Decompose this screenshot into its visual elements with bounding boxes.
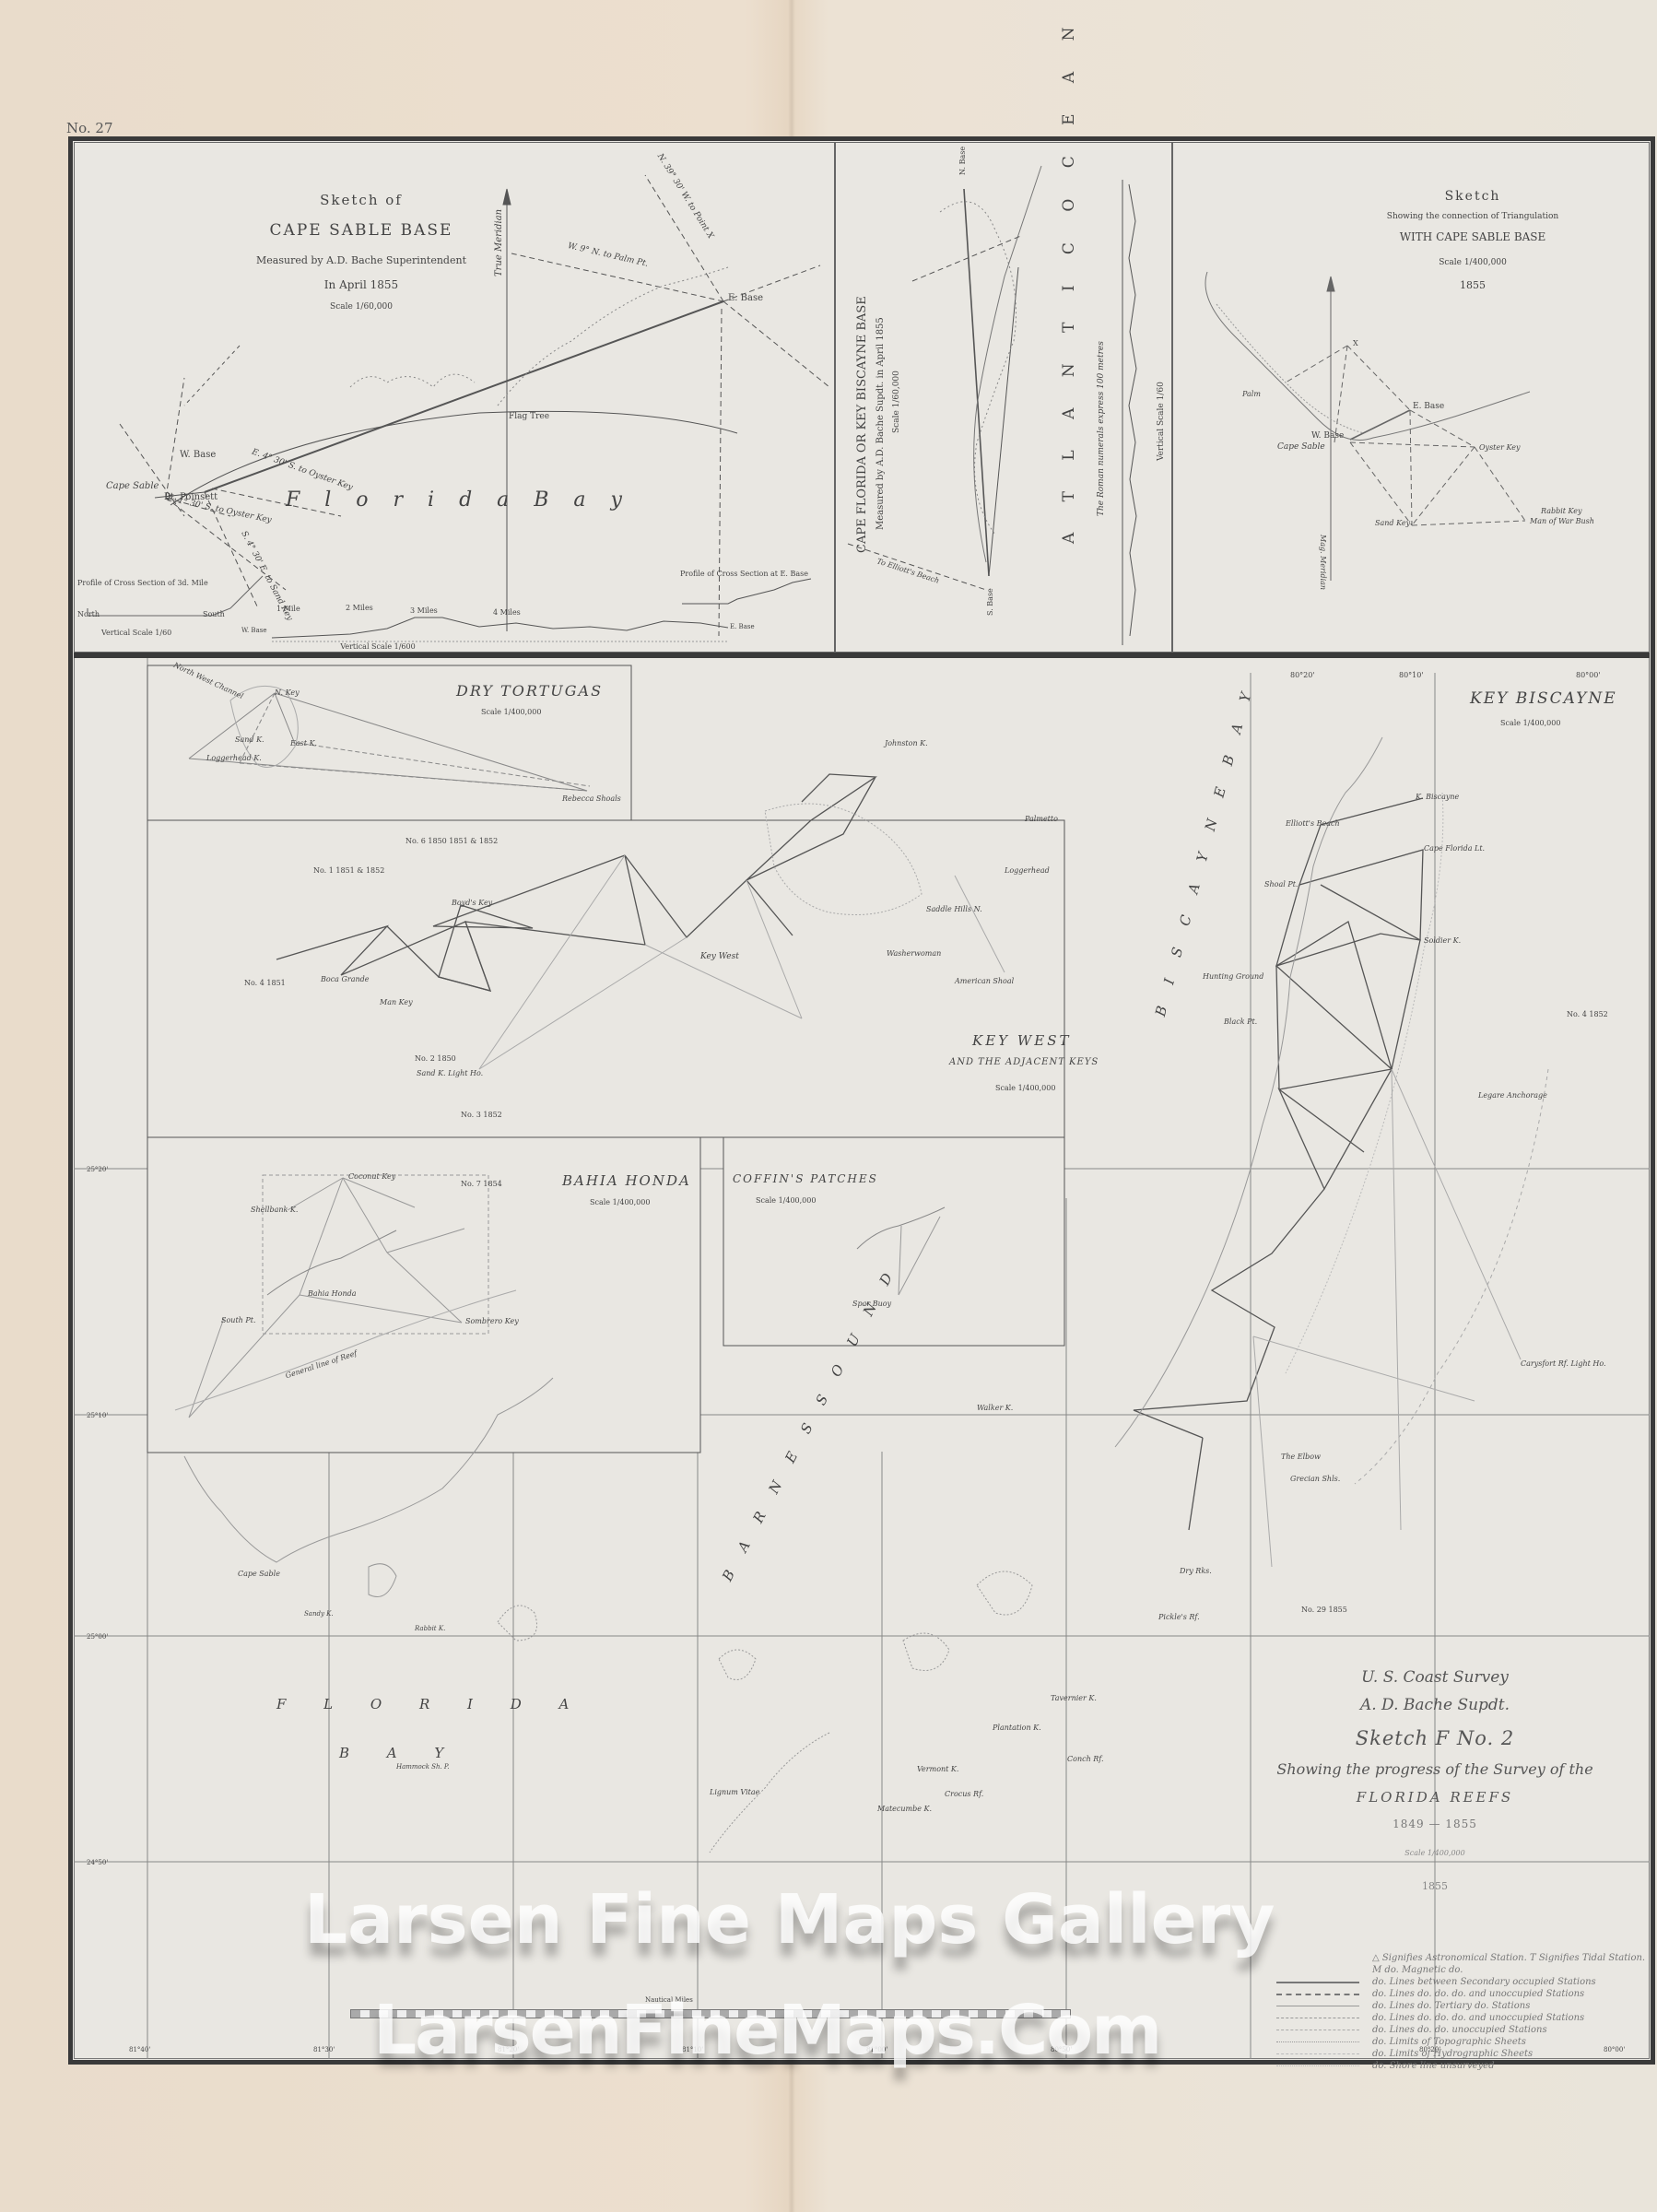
mm-hammock: Hammock Sh. P. bbox=[396, 1763, 449, 1771]
title-years: 1849 — 1855 bbox=[1393, 1818, 1477, 1830]
legend: △ Signifies Astronomical Station. T Sign… bbox=[1276, 1952, 1645, 2072]
mm-lat-tick-3: 25°00' bbox=[87, 1633, 108, 1641]
mm-sandy-k: Sandy K. bbox=[304, 1610, 334, 1618]
title-year: 1855 bbox=[1422, 1880, 1448, 1892]
mm-lat-tick-4: 24°50' bbox=[87, 1859, 108, 1866]
mm-lat-tick-1: 25°20' bbox=[87, 1166, 108, 1173]
legend-row: do. Lines between Secondary occupied Sta… bbox=[1276, 1976, 1645, 1988]
legend-row: do. Lines do. Tertiary do. Stations bbox=[1276, 2000, 1645, 2012]
mm-rabbit-k: Rabbit K. bbox=[415, 1625, 445, 1632]
title-supdt: A. D. Bache Supdt. bbox=[1360, 1696, 1510, 1714]
legend-row: do. Lines do. do. do. and unoccupied Sta… bbox=[1276, 1988, 1645, 2000]
title-showing: Showing the progress of the Survey of th… bbox=[1276, 1760, 1592, 1778]
title-sketch: Sketch F No. 2 bbox=[1356, 1727, 1515, 1749]
title-scale: Scale 1/400,000 bbox=[1404, 1849, 1464, 1857]
legend-row: do. Limits of Topographic Sheets bbox=[1276, 2036, 1645, 2048]
mm-bay-label: B A Y bbox=[339, 1745, 460, 1761]
title-florida-reefs: FLORIDA REEFS bbox=[1357, 1789, 1513, 1806]
legend-row: M do. Magnetic do. bbox=[1276, 1964, 1645, 1976]
watermark-url: LarsenFineMaps.Com bbox=[373, 1991, 1160, 2070]
mm-cape-sable: Cape Sable bbox=[238, 1570, 280, 1578]
title-survey: U. S. Coast Survey bbox=[1361, 1668, 1509, 1687]
mm-long-tick-2: 81°30' bbox=[313, 2046, 335, 2053]
mm-florida-label: F L O R I D A bbox=[276, 1696, 585, 1712]
mm-long-tick-1: 81°40' bbox=[129, 2046, 150, 2053]
mm-lat-tick-2: 25°10' bbox=[87, 1412, 108, 1419]
legend-row: do. Lines do. do. do. and unoccupied Sta… bbox=[1276, 2012, 1645, 2024]
watermark-gallery: Larsen Fine Maps Gallery bbox=[304, 1880, 1275, 1959]
legend-row: do. Lines do. do. unoccupied Stations bbox=[1276, 2024, 1645, 2036]
legend-row: △ Signifies Astronomical Station. T Sign… bbox=[1276, 1952, 1645, 1964]
legend-row: do. Limits of Hydrographic Sheets bbox=[1276, 2048, 1645, 2060]
legend-row: do. Shore line unsurveyed bbox=[1276, 2060, 1645, 2072]
